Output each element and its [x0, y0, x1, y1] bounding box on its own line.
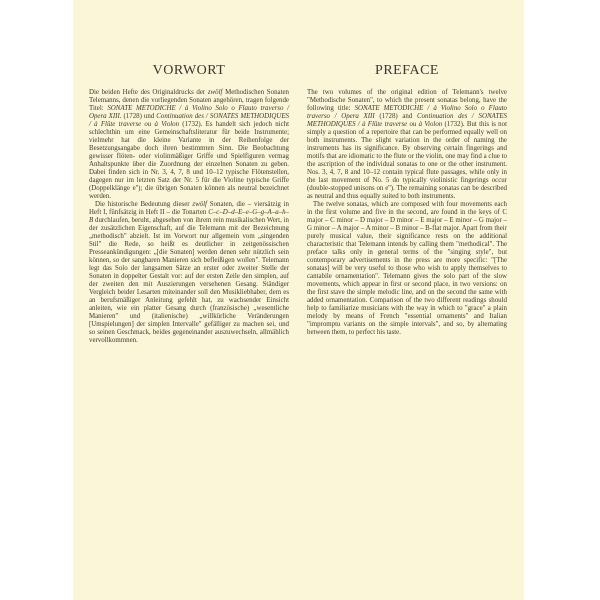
- italic-text: zwölf: [208, 89, 223, 96]
- preface-heading: PREFACE: [307, 62, 507, 80]
- paragraph: Die beiden Hefte des Originaldrucks der …: [89, 89, 289, 201]
- paragraph: The two volumes of the original edition …: [307, 89, 507, 201]
- vorwort-heading: VORWORT: [89, 62, 289, 80]
- paragraph: Die historische Bedeutung dieser zwölf S…: [89, 201, 289, 345]
- italic-text: C–c–D–d–E–e–G–g–A–a–h–B: [89, 209, 289, 224]
- preface-body: The two volumes of the original edition …: [307, 89, 507, 337]
- document-page: VORWORT Die beiden Hefte des Originaldru…: [73, 0, 524, 600]
- english-column: PREFACE The two volumes of the original …: [307, 62, 507, 337]
- german-column: VORWORT Die beiden Hefte des Originaldru…: [89, 62, 289, 345]
- vorwort-body: Die beiden Hefte des Originaldrucks der …: [89, 89, 289, 345]
- paragraph: The twelve sonatas, which are composed w…: [307, 201, 507, 337]
- italic-text: zwölf: [192, 201, 207, 208]
